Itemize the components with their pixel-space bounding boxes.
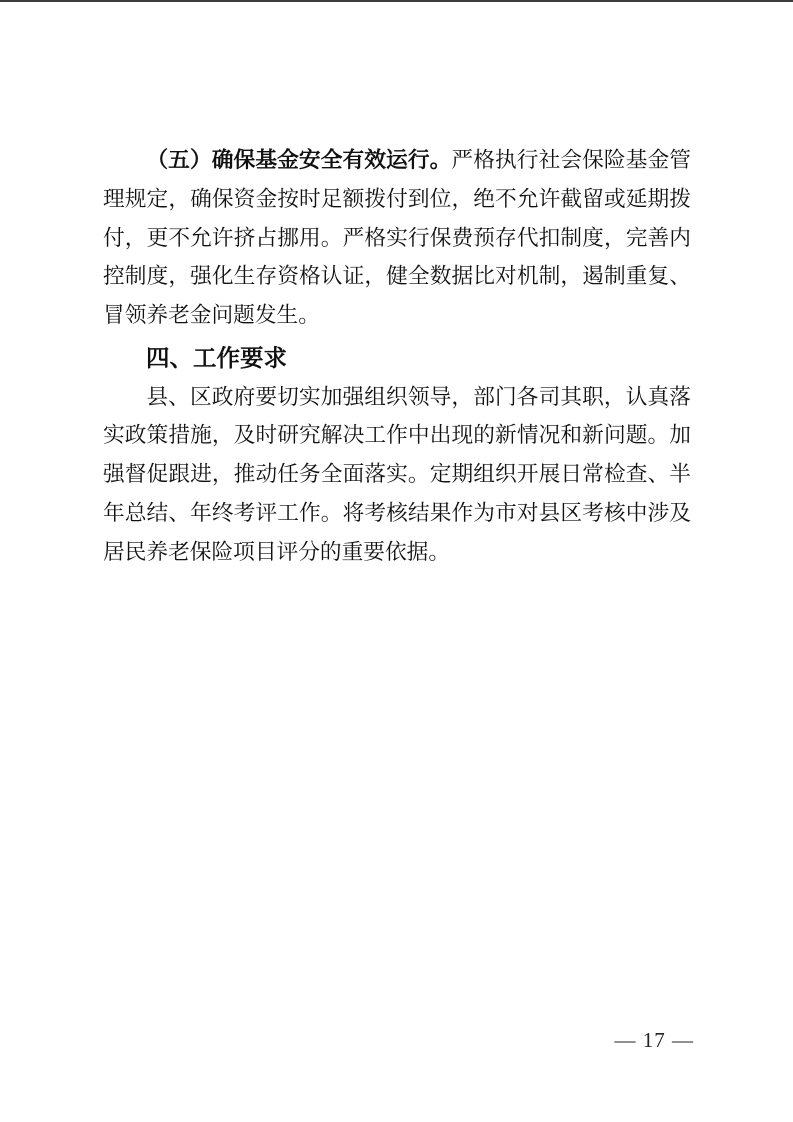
paragraph-section-five: （五）确保基金安全有效运行。严格执行社会保险基金管理规定，确保资金按时足额拨付到… [103, 141, 691, 335]
document-body: （五）确保基金安全有效运行。严格执行社会保险基金管理规定，确保资金按时足额拨付到… [103, 141, 691, 571]
section-four-heading: 四、工作要求 [103, 339, 691, 378]
section-five-text: 严格执行社会保险基金管理规定，确保资金按时足额拨付到位，绝不允许截留或延期拨付，… [103, 148, 691, 327]
section-five-lead: （五）确保基金安全有效运行。 [146, 148, 451, 172]
document-page: （五）确保基金安全有效运行。严格执行社会保险基金管理规定，确保资金按时足额拨付到… [0, 0, 793, 1122]
paragraph-work-requirements: 县、区政府要切实加强组织领导，部门各司其职，认真落实政策措施，及时研究解决工作中… [103, 378, 691, 572]
page-number: — 17 — [615, 1028, 695, 1053]
